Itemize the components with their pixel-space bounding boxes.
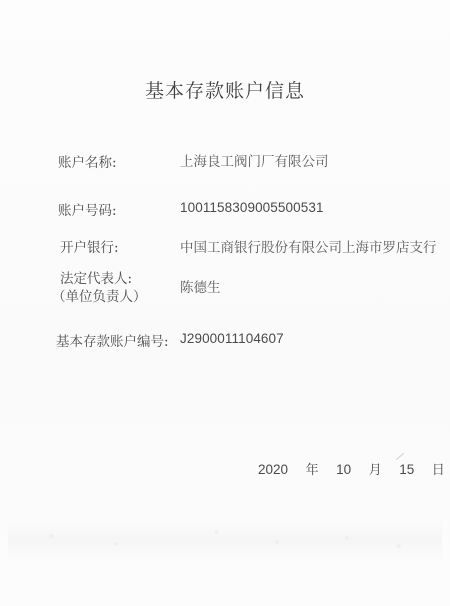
document-title: 基本存款账户信息 [0, 76, 450, 103]
date-day-unit: 日 [432, 459, 445, 478]
date-month: 10 [336, 462, 351, 477]
date-day: 15 [399, 462, 414, 477]
date-month-unit: 月 [369, 459, 382, 478]
account-number-value: 1001158309005500531 [180, 200, 324, 215]
account-number-label: 账户号码: [58, 199, 117, 219]
issue-date: 2020 年 10 月 15 日 [258, 459, 445, 478]
legal-representative-value: 陈德生 [180, 276, 221, 296]
document-page: 基本存款账户信息 账户名称: 上海良工阀门厂有限公司 账户号码: 1001158… [0, 0, 450, 606]
legal-representative-sublabel: （单位负责人） [52, 285, 147, 305]
date-year: 2020 [258, 462, 288, 477]
date-year-unit: 年 [306, 459, 319, 478]
account-name-label: 账户名称: [58, 151, 117, 171]
scan-noise-band [8, 520, 442, 560]
basic-account-id-value: J2900011104607 [180, 331, 284, 346]
basic-account-id-label: 基本存款账户编号: [56, 330, 169, 350]
account-name-value: 上海良工阀门厂有限公司 [180, 150, 329, 170]
bank-value: 中国工商银行股份有限公司上海市罗店支行 [180, 236, 437, 256]
legal-representative-label: 法定代表人: [60, 267, 132, 287]
bank-label: 开户银行: [60, 236, 119, 256]
